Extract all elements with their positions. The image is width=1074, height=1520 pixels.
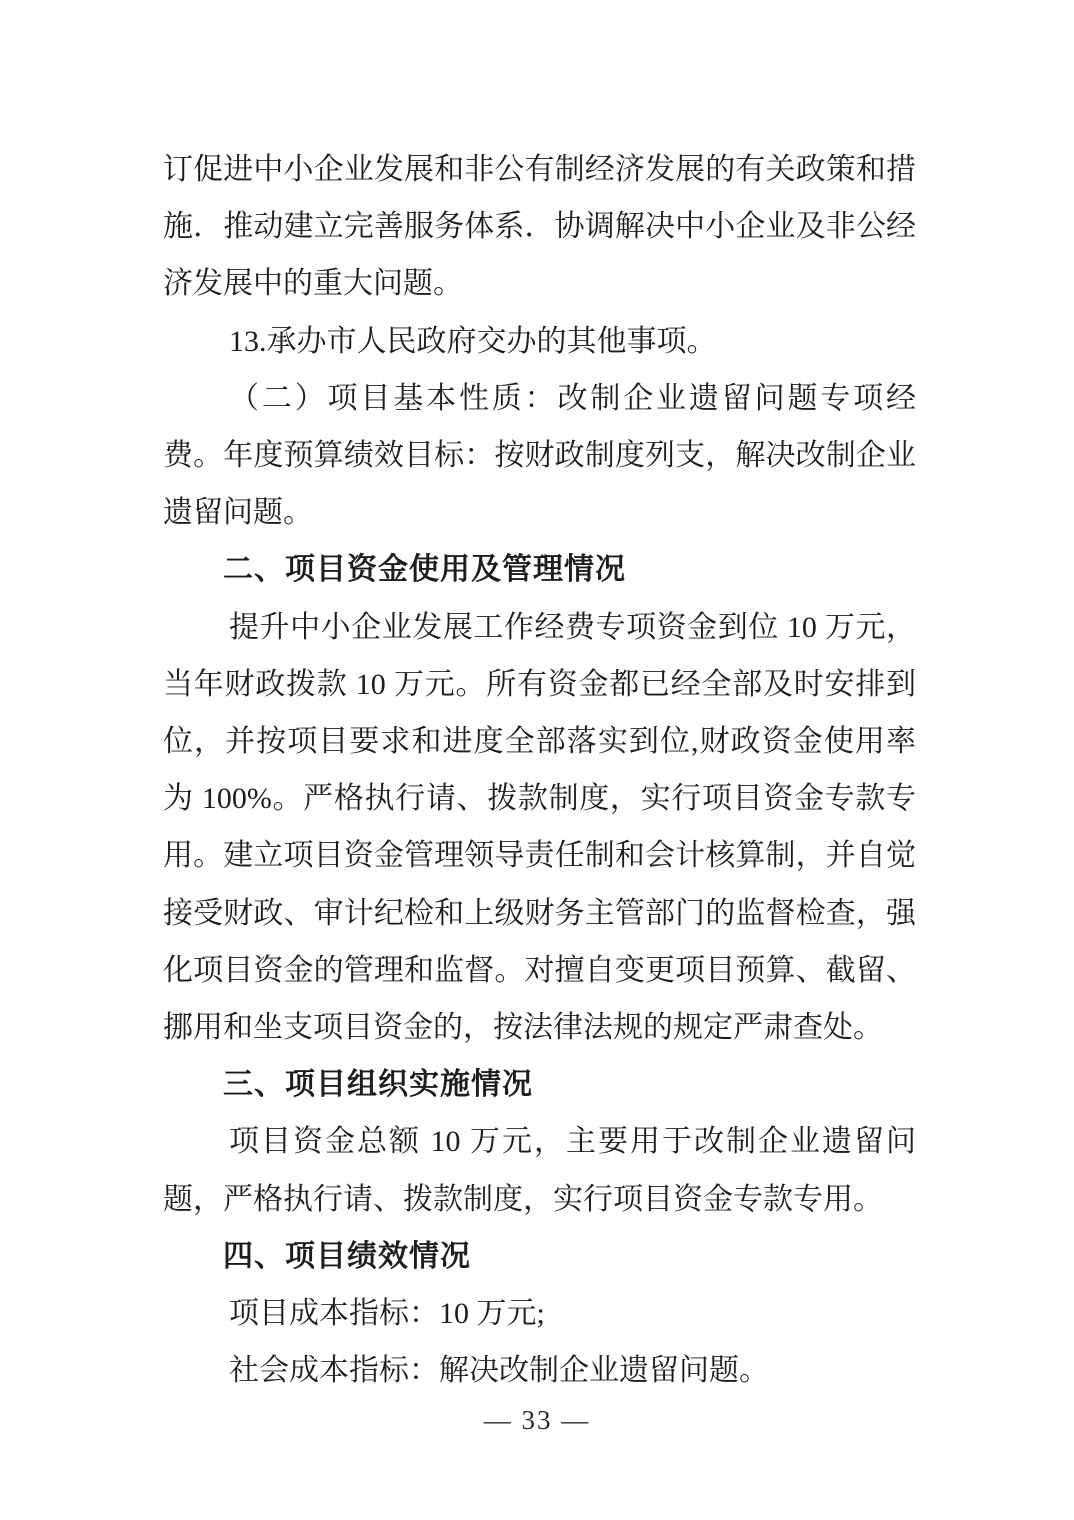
paragraph: 13.承办市人民政府交办的其他事项。 [163, 313, 916, 370]
page-number: — 33 — [0, 1405, 1074, 1436]
section-heading: 四、项目绩效情况 [163, 1228, 916, 1285]
paragraph: （二）项目基本性质：改制企业遗留问题专项经费。年度预算绩效目标：按财政制度列支，… [163, 370, 916, 542]
paragraph: 项目成本指标：10 万元; [163, 1285, 916, 1342]
document-page: 订促进中小企业发展和非公有制经济发展的有关政策和措施．推动建立完善服务体系．协调… [0, 0, 1074, 1520]
document-body: 订促进中小企业发展和非公有制经济发展的有关政策和措施．推动建立完善服务体系．协调… [163, 141, 916, 1399]
paragraph: 提升中小企业发展工作经费专项资金到位 10 万元，当年财政拨款 10 万元。所有… [163, 599, 916, 1057]
paragraph: 订促进中小企业发展和非公有制经济发展的有关政策和措施．推动建立完善服务体系．协调… [163, 141, 916, 313]
paragraph: 社会成本指标：解决改制企业遗留问题。 [163, 1342, 916, 1399]
section-heading: 二、项目资金使用及管理情况 [163, 541, 916, 598]
paragraph: 项目资金总额 10 万元，主要用于改制企业遗留问题，严格执行请、拨款制度，实行项… [163, 1113, 916, 1227]
section-heading: 三、项目组织实施情况 [163, 1056, 916, 1113]
